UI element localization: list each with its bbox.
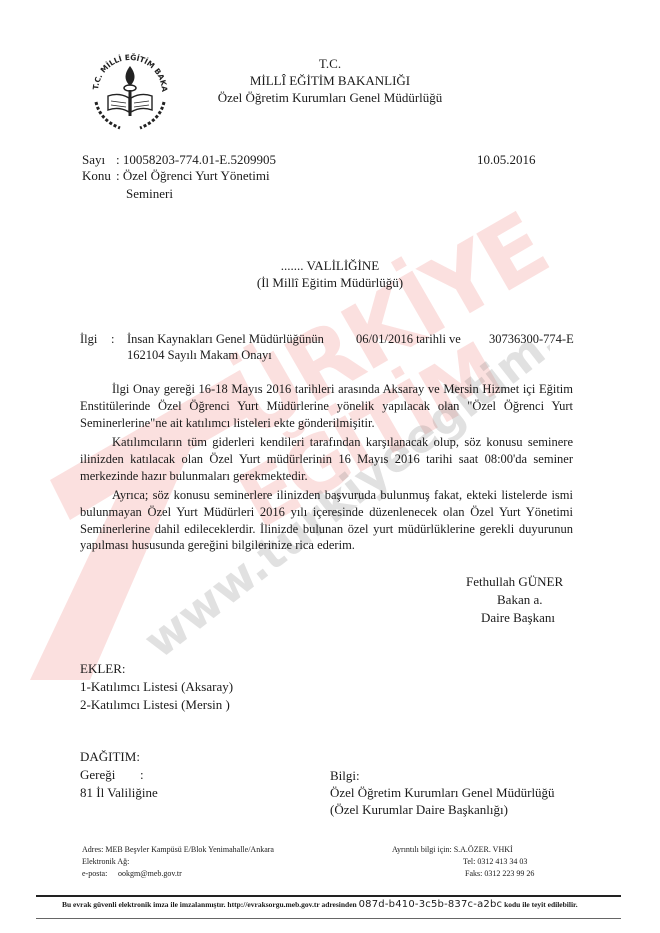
ilgi-text-a: İnsan Kaynakları Genel Müdürlüğünün [127,331,324,347]
attachment-item: 1-Katılımcı Listesi (Aksaray) [80,679,233,695]
konu-value-cont: Semineri [126,186,173,202]
attachment-item: 2-Katılımcı Listesi (Mersin ) [80,697,230,713]
document-date: 10.05.2016 [477,152,536,168]
footer-contact-person: Ayrıntılı bilgi için: S.A.ÖZER. VHKİ [392,844,513,855]
ilgi-text-line2: 162104 Sayılı Makam Onayı [127,347,272,363]
ilgi-text-b: 06/01/2016 tarihli ve [356,331,461,347]
verification-code[interactable]: 087d-b410-3c5b-837c-a2bc [359,899,503,910]
sayi-label: Sayı [82,152,105,168]
ilgi-label: İlgi [80,331,97,347]
footer-address: Adres: MEB Beşvler Kampüsü E/Blok Yenima… [82,844,274,855]
letterhead-ministry: MİLLÎ EĞİTİM BAKANLIĞI [0,72,660,89]
footer-bottom-rule [36,918,621,919]
verification-prefix: Bu evrak güvenli elektronik imza ile imz… [62,900,357,909]
ilgi-colon: : [111,331,114,347]
verification-line: Bu evrak güvenli elektronik imza ile imz… [62,899,578,910]
distribution-bilgi-label: Bilgi: [330,768,360,784]
distribution-heading: DAĞITIM: [80,749,140,765]
footer-top-rule [36,895,621,897]
letterhead-directorate: Özel Öğretim Kurumları Genel Müdürlüğü [0,89,660,106]
konu-value: : Özel Öğrenci Yurt Yönetimi [116,168,270,184]
sayi-value: : 10058203-774.01-E.5209905 [116,152,276,168]
body-paragraph-2: Katılımcıların tüm giderleri kendileri t… [80,434,573,484]
body-paragraph-3: Ayrıca; söz konusu seminerlere ilinizden… [80,487,573,554]
footer-email-link[interactable]: ookgm@meb.gov.tr [118,868,182,879]
footer-electronic: Elektronik Ağ: [82,856,129,867]
body-paragraph-1: İlgi Onay gereği 16-18 Mayıs 2016 tarihl… [80,381,573,431]
footer-fax: Faks: 0312 223 99 26 [465,868,534,879]
footer-email-label: e-posta: [82,868,107,879]
distribution-bilgi-line2: (Özel Kurumlar Daire Başkanlığı) [330,802,508,818]
signer-title2: Daire Başkanı [481,610,555,626]
distribution-gereği-colon: : [140,767,144,783]
distribution-gereği-value: 81 İl Valiliğine [80,785,158,801]
verification-suffix: kodu ile teyit edilebilir. [504,900,577,909]
ilgi-text-c: 30736300-774-E [489,331,574,347]
recipient-line2: (İl Millî Eğitim Müdürlüğü) [0,275,660,291]
recipient-line1: ....... VALİLİĞİNE [0,258,660,274]
signer-title1: Bakan a. [497,592,542,608]
distribution-bilgi-line1: Özel Öğretim Kurumları Genel Müdürlüğü [330,785,555,801]
footer-tel: Tel: 0312 413 34 03 [463,856,527,867]
konu-label: Konu [82,168,111,184]
signer-name: Fethullah GÜNER [466,574,563,590]
attachments-heading: EKLER: [80,661,126,677]
letterhead-tc: T.C. [0,55,660,72]
distribution-gereği-label: Gereği [80,767,115,783]
